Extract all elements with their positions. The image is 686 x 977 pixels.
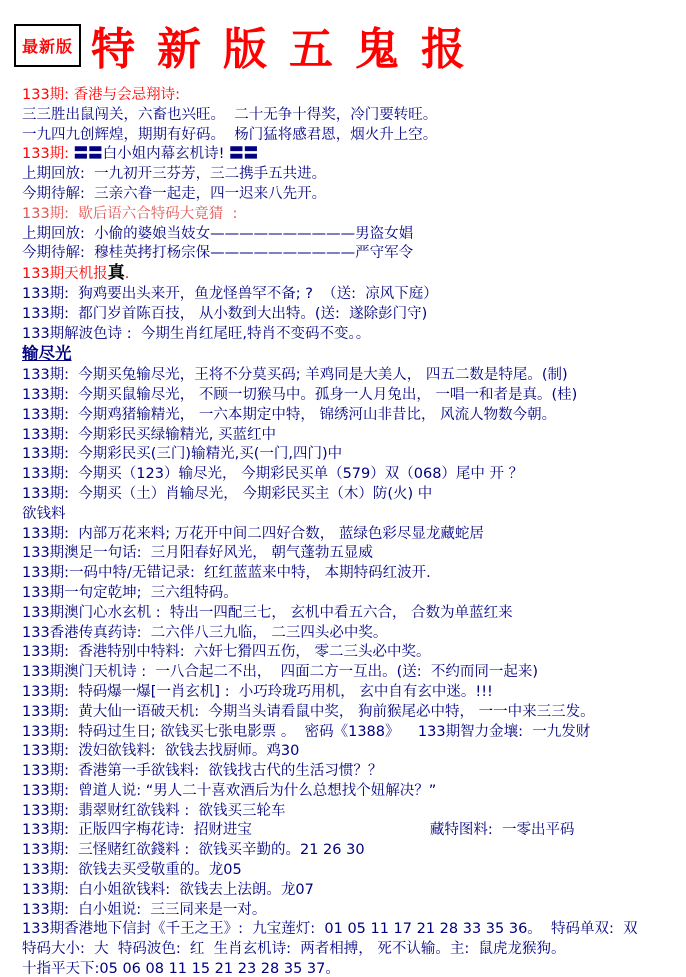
text-line: 133期: 白小姐欲钱料: 欲钱去上法朗。龙07 [22, 881, 686, 901]
text-line: 上期回放: 一九初开三芬芳，三二携手五共进。 [22, 165, 686, 185]
text-segment: 133期:一码中特/无错记录: 红红蓝蓝来中特， 本期特码红波开. [22, 565, 431, 581]
text-line: 上期回放: 小偷的婆娘当妓女——————————男盗女娼 [22, 225, 686, 245]
text-segment: 输尽光 [22, 344, 72, 363]
text-line: 133期: 内部万花来料; 万花开中间二四好合数， 蓝绿色彩尽显龙藏蛇居 [22, 525, 686, 545]
text-segment: 133期: 今期买鼠输尽光， 不顾一切猴马中。孤身一人月兔出， 一唱一和者是真。… [22, 387, 577, 403]
text-line: 133期一句定乾坤; 三六组特码。 [22, 584, 686, 604]
baixiaojie-title: 133期: 〓〓白小姐内幕玄机诗! 〓〓 [22, 145, 686, 165]
yuqianliao-header: 欲钱料 [22, 505, 686, 525]
text-line: 133期: 今期买（土）肖输尽光， 今期彩民买主（木）防(火) 中 [22, 485, 686, 505]
shujinguang-header: 输尽光 [22, 344, 686, 366]
text-line: 今期待解: 三亲六眷一起走，四一迟来八先开。 [22, 185, 686, 205]
text-segment: 特码大小: 大 特码波色: 红 生肖玄机诗: 两者相搏， 死不认输。主: 鼠虎龙… [22, 941, 565, 957]
text-segment: 133期: 香港第一手欲钱料: 欲钱找古代的生活习惯？？ [22, 763, 382, 779]
text-segment: 今期待解: 穆桂英拷打杨宗保——————————严守军令 [22, 245, 413, 261]
text-segment: 今期待解: 三亲六眷一起走，四一迟来八先开。 [22, 186, 326, 202]
text-segment: . [125, 266, 130, 282]
text-segment: 133期: 狗鸡要出头来开，鱼龙怪兽罕不备; ? （送: 凉风下庭） [22, 286, 438, 302]
text-line: 133期: 今期买鼠输尽光， 不顾一切猴马中。孤身一人月兔出， 一唱一和者是真。… [22, 386, 686, 406]
text-line: 十指平天下:05 06 08 11 15 21 23 28 35 37。 [22, 960, 686, 977]
xiehouyu-title: 133期: 歇后语六合特码大竟猜 : [22, 205, 686, 225]
text-line: 133期: 今期买兔输尽光，王将不分莫买码; 羊鸡同是大美人， 四五二数是特尾。… [22, 366, 686, 386]
text-line: 133期: 今期彩民买(三门)输精光,买(一门,四门)中 [22, 445, 686, 465]
text-segment: 133期: 今期彩民买(三门)输精光,买(一门,四门)中 [22, 446, 342, 462]
text-line: 133期: 香港第一手欲钱料: 欲钱找古代的生活习惯？？ [22, 762, 686, 782]
text-segment: 133期澳门天机诗 : 一八合起二不出， 四面二方一互出。(送: 不约而同一起来… [22, 664, 538, 680]
text-line: 一九四九创辉煌，期期有好码。 杨门猛将感君恩，烟火升上空。 [22, 126, 686, 146]
text-line: 133期: 泼妇欲钱料: 欲钱去找厨师。鸡30 [22, 742, 686, 762]
text-segment: 133期澳门心水玄机 : 特出一四配三七， 玄机中看五六合， 合数为单蓝红来 [22, 605, 513, 621]
issue-poem-title: 133期: 香港与会忌翔诗: [22, 86, 686, 106]
text-line: 133期澳门天机诗 : 一八合起二不出， 四面二方一互出。(送: 不约而同一起来… [22, 663, 686, 683]
text-segment: 133香港传真药诗: 二六伴八三九临， 二三四头必中奖。 [22, 625, 387, 641]
text-segment: 133期: 翡翠财红欲钱料 : 欲钱买三轮车 [22, 803, 286, 819]
text-segment: 十指平天下:05 06 08 11 15 21 23 28 35 37。 [22, 961, 340, 977]
text-line: 133香港传真药诗: 二六伴八三九临， 二三四头必中奖。 [22, 624, 686, 644]
text-line: 133期澳足一句话: 三月阳春好风光， 朝气蓬勃五显威 [22, 544, 686, 564]
text-line: 133期: 翡翠财红欲钱料 : 欲钱买三轮车 [22, 802, 686, 822]
text-line: 133期: 狗鸡要出头来开，鱼龙怪兽罕不备; ? （送: 凉风下庭） [22, 285, 686, 305]
text-line: 133期: 香港特别中特料: 六奸七猾四五伤， 零二三头必中奖。 [22, 643, 686, 663]
text-line: 133期澳门心水玄机 : 特出一四配三七， 玄机中看五六合， 合数为单蓝红来 [22, 604, 686, 624]
text-line: 133期: 三怪赌红欲錢料 : 欲钱买辛勤的。21 26 30 [22, 841, 686, 861]
text-segment: 133期解波色诗 : 今期生肖红尾旺,特肖不变码不变。。 [22, 326, 370, 342]
text-segment: 一九四九创辉煌，期期有好码。 杨门猛将感君恩，烟火升上空。 [22, 127, 437, 143]
text-segment: 133期: [22, 146, 74, 162]
text-line: 133期: 特码爆一爆[一肖玄机] : 小巧玲珑巧用机， 玄中自有玄中迷。!!! [22, 683, 686, 703]
page: 最新版 特新版五鬼报 133期: 香港与会忌翔诗:三三胜出鼠闯关，六畜也兴旺。 … [0, 0, 686, 977]
text-line: 三三胜出鼠闯关，六畜也兴旺。 二十无争十得奖，冷门要转旺。 [22, 106, 686, 126]
text-segment: 133期: 欲钱去买受敬重的。龙05 [22, 862, 242, 878]
text-segment: 133期: 泼妇欲钱料: 欲钱去找厨师。鸡30 [22, 743, 299, 759]
text-segment: 133期: 内部万花来料; 万花开中间二四好合数， 蓝绿色彩尽显龙藏蛇居 [22, 526, 484, 542]
text-line: 133期: 今期彩民买绿输精光, 买蓝红中 [22, 426, 686, 446]
text-segment: 133期澳足一句话: 三月阳春好风光， 朝气蓬勃五显威 [22, 545, 373, 561]
text-segment: 133期: 今期鸡猪输精光， 一六本期定中特， 锦绣河山非昔比， 风流人物数今朝… [22, 407, 556, 423]
text-segment: 藏特图料: 一零出平码 [430, 822, 575, 838]
text-segment: 上期回放: 一九初开三芬芳，三二携手五共进。 [22, 166, 326, 182]
text-line: 今期待解: 穆桂英拷打杨宗保——————————严守军令 [22, 244, 686, 264]
tianji-title: 133期天机报真. [22, 264, 686, 285]
text-segment: 133期: 正版四字梅花诗: 招财进宝 [22, 822, 252, 838]
text-segment: 133期: 歇后语六合特码大竟猜 : [22, 206, 237, 222]
text-segment: 133期: 三怪赌红欲錢料 : 欲钱买辛勤的。21 26 30 [22, 842, 365, 858]
text-line: 133期: 都门岁首陈百技， 从小数到大出特。(送: 遂除彭门守) [22, 305, 686, 325]
text-segment: 133期: 白小姐欲钱料: 欲钱去上法朗。龙07 [22, 882, 314, 898]
text-line: 133期: 今期鸡猪输精光， 一六本期定中特， 锦绣河山非昔比， 风流人物数今朝… [22, 406, 686, 426]
text-segment: 白小姐内幕玄机诗! [103, 146, 229, 162]
text-segment: 133期: 特码爆一爆[一肖玄机] : 小巧玲珑巧用机， 玄中自有玄中迷。!!! [22, 684, 493, 700]
text-segment: 欲钱料 [22, 506, 66, 522]
text-segment: 133期一句定乾坤; 三六组特码。 [22, 585, 238, 601]
text-segment: 133期: 都门岁首陈百技， 从小数到大出特。(送: 遂除彭门守) [22, 306, 427, 322]
text-segment: 133期: 香港与会忌翔诗: [22, 87, 180, 103]
text-line: 133期: 黄大仙一语破天机: 今期当头请看鼠中奖， 狗前猴尾必中特， 一一中来… [22, 703, 686, 723]
text-segment: 133期: 今期买（123）输尽光， 今期彩民买单（579）双（068）尾中 开… [22, 466, 523, 482]
text-line: 133期解波色诗 : 今期生肖红尾旺,特肖不变码不变。。 [22, 325, 686, 345]
text-line: 特码大小: 大 特码波色: 红 生肖玄机诗: 两者相搏， 死不认输。主: 鼠虎龙… [22, 940, 686, 960]
badge-label: 最新版 [22, 34, 73, 57]
text-segment: 真 [108, 263, 125, 283]
text-segment: 133期: 今期买（土）肖输尽光， 今期彩民买主（木）防(火) 中 [22, 486, 432, 502]
text-line: 133期: 白小姐说: 三三同来是一对。 [22, 901, 686, 921]
text-segment: 133期: 曾道人说: “男人二十喜欢酒后为什么总想找个妞解决？” [22, 783, 436, 799]
text-line: 133期: 欲钱去买受敬重的。龙05 [22, 861, 686, 881]
text-segment: 三三胜出鼠闯关，六畜也兴旺。 二十无争十得奖，冷门要转旺。 [22, 107, 437, 123]
text-line: 133期: 曾道人说: “男人二十喜欢酒后为什么总想找个妞解决？” [22, 782, 686, 802]
text-segment: 133期: 黄大仙一语破天机: 今期当头请看鼠中奖， 狗前猴尾必中特， 一一中来… [22, 704, 595, 720]
text-segment: 133期香港地下信封《千王之王》: 九宝莲灯: 01 05 11 17 21 2… [22, 921, 638, 937]
double-bar-icon: 〓〓 [74, 146, 103, 162]
text-line: 133期:一码中特/无错记录: 红红蓝蓝来中特， 本期特码红波开. [22, 564, 686, 584]
text-segment: 133期: 今期买兔输尽光，王将不分莫买码; 羊鸡同是大美人， 四五二数是特尾。… [22, 367, 568, 383]
body-lines: 133期: 香港与会忌翔诗:三三胜出鼠闯关，六畜也兴旺。 二十无争十得奖，冷门要… [0, 80, 686, 977]
double-bar-icon: 〓〓 [229, 146, 258, 162]
text-segment: 133期天机报 [22, 266, 108, 282]
text-segment: 133期: 香港特别中特料: 六奸七猾四五伤， 零二三头必中奖。 [22, 644, 431, 660]
text-segment: 133期: 特码过生日; 欲钱买七张电影票 。 密码《1388》 133期智力金… [22, 724, 590, 740]
text-line: 133期香港地下信封《千王之王》: 九宝莲灯: 01 05 11 17 21 2… [22, 920, 686, 940]
text-segment: 133期: 今期彩民买绿输精光, 买蓝红中 [22, 427, 276, 443]
text-line: 133期: 今期买（123）输尽光， 今期彩民买单（579）双（068）尾中 开… [22, 465, 686, 485]
text-line: 133期: 特码过生日; 欲钱买七张电影票 。 密码《1388》 133期智力金… [22, 723, 686, 743]
text-segment: 133期: 白小姐说: 三三同来是一对。 [22, 902, 266, 918]
text-segment: 上期回放: 小偷的婆娘当妓女——————————男盗女娼 [22, 226, 413, 242]
page-title: 特新版五鬼报 [91, 13, 487, 77]
masthead: 最新版 特新版五鬼报 [0, 0, 686, 80]
meihua-cangte-line: 133期: 正版四字梅花诗: 招财进宝藏特图料: 一零出平码 [22, 821, 686, 841]
latest-version-badge: 最新版 [14, 24, 81, 67]
